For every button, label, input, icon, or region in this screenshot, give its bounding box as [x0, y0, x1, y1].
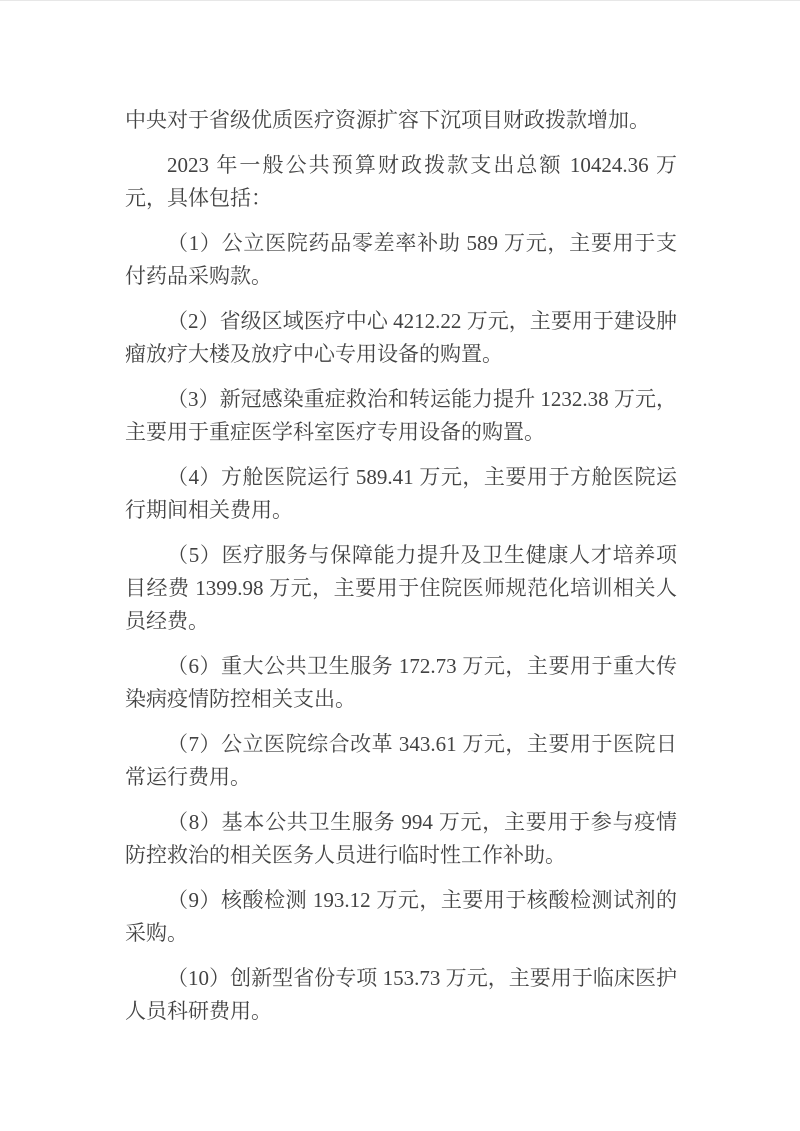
paragraph-item-10: （10）创新型省份专项 153.73 万元，主要用于临床医护人员科研费用。 — [125, 962, 677, 1028]
paragraph-item-4: （4）方舱医院运行 589.41 万元，主要用于方舱医院运行期间相关费用。 — [125, 461, 677, 527]
paragraph-item-1: （1）公立医院药品零差率补助 589 万元，主要用于支付药品采购款。 — [125, 227, 677, 293]
paragraph-total-expenditure: 2023 年一般公共预算财政拨款支出总额 10424.36 万元，具体包括： — [125, 149, 677, 215]
document-page: { "page": { "background_color": "#ffffff… — [0, 0, 800, 1131]
paragraph-item-6: （6）重大公共卫生服务 172.73 万元，主要用于重大传染病疫情防控相关支出。 — [125, 650, 677, 716]
document-text-block: 中央对于省级优质医疗资源扩容下沉项目财政拨款增加。 2023 年一般公共预算财政… — [125, 104, 677, 1040]
paragraph-item-2: （2）省级区域医疗中心 4212.22 万元，主要用于建设肿瘤放疗大楼及放疗中心… — [125, 305, 677, 371]
paragraph-item-8: （8）基本公共卫生服务 994 万元，主要用于参与疫情防控救治的相关医务人员进行… — [125, 806, 677, 872]
paragraph-item-9: （9）核酸检测 193.12 万元，主要用于核酸检测试剂的采购。 — [125, 884, 677, 950]
paragraph-continuation-line: 中央对于省级优质医疗资源扩容下沉项目财政拨款增加。 — [125, 104, 677, 137]
paragraph-item-7: （7）公立医院综合改革 343.61 万元，主要用于医院日常运行费用。 — [125, 728, 677, 794]
paragraph-item-3: （3）新冠感染重症救治和转运能力提升 1232.38 万元，主要用于重症医学科室… — [125, 383, 677, 449]
paragraph-item-5: （5）医疗服务与保障能力提升及卫生健康人才培养项目经费 1399.98 万元，主… — [125, 539, 677, 638]
